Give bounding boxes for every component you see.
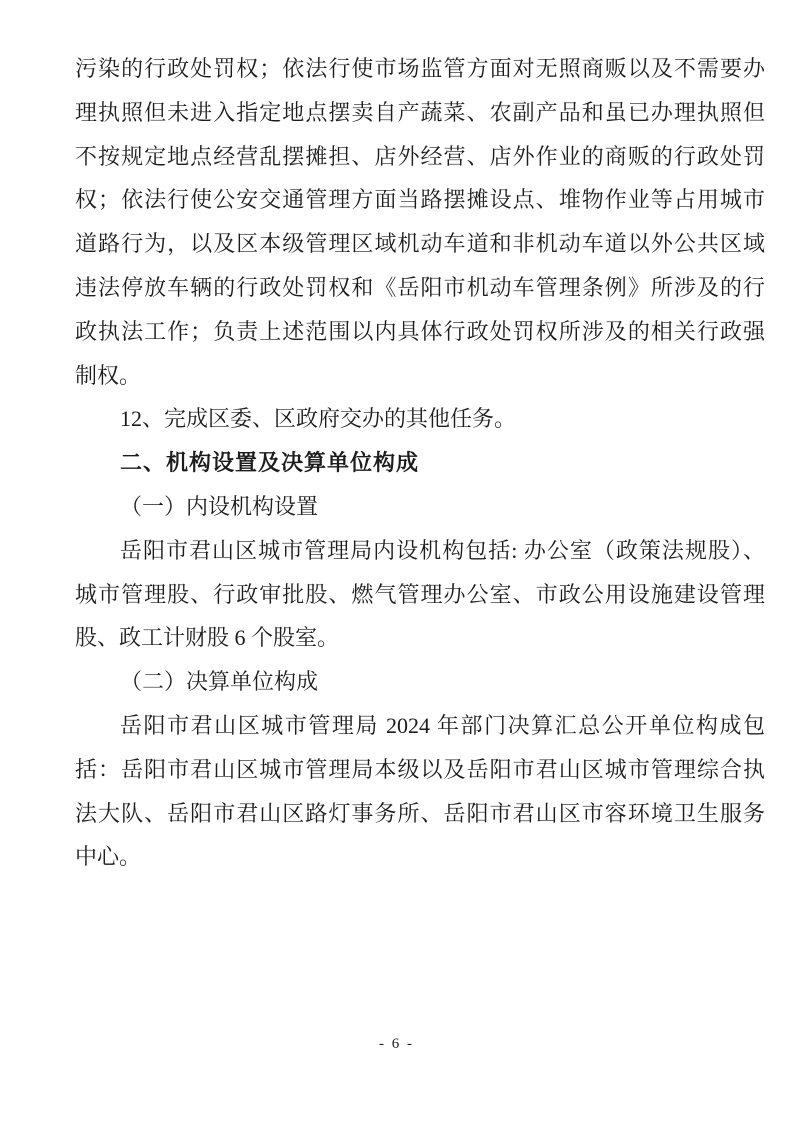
body-line: 理执照但未进入指定地点摆卖自产蔬菜、农副产品和虽已办理执照但 [75, 91, 765, 135]
body-line: 权；依法行使公安交通管理方面当路摆摊设点、堆物作业等占用城市 [75, 178, 765, 222]
body-line: 法大队、岳阳市君山区路灯事务所、岳阳市君山区市容环境卫生服务 [75, 792, 765, 836]
body-line-paragraph-end: 制权。 [75, 354, 765, 398]
subsection-heading-2: （二）决算单位构成 [75, 660, 765, 704]
body-line-paragraph-end: 股、政工计财股 6 个股室。 [75, 616, 765, 660]
body-line: 污染的行政处罚权；依法行使市场监管方面对无照商贩以及不需要办 [75, 47, 765, 91]
body-line: 道路行为，以及区本级管理区域机动车道和非机动车道以外公共区域 [75, 222, 765, 266]
body-line-paragraph-end: 中心。 [75, 835, 765, 879]
section-heading-2: 二、机构设置及决算单位构成 [75, 441, 765, 485]
list-item-12: 12、完成区委、区政府交办的其他任务。 [75, 397, 765, 441]
body-line: 违法停放车辆的行政处罚权和《岳阳市机动车管理条例》所涉及的行 [75, 266, 765, 310]
body-line-paragraph-start: 岳阳市君山区城市管理局 2024 年部门决算汇总公开单位构成包 [75, 704, 765, 748]
document-body: 污染的行政处罚权；依法行使市场监管方面对无照商贩以及不需要办 理执照但未进入指定… [75, 47, 765, 879]
subsection-heading-1: （一）内设机构设置 [75, 485, 765, 529]
body-line: 不按规定地点经营乱摆摊担、店外经营、店外作业的商贩的行政处罚 [75, 135, 765, 179]
document-page: 污染的行政处罚权；依法行使市场监管方面对无照商贩以及不需要办 理执照但未进入指定… [0, 0, 793, 1122]
page-number: - 6 - [0, 1036, 793, 1053]
body-line: 括：岳阳市君山区城市管理局本级以及岳阳市君山区城市管理综合执 [75, 748, 765, 792]
body-line-paragraph-start: 岳阳市君山区城市管理局内设机构包括: 办公室（政策法规股）、 [75, 529, 765, 573]
body-line: 政执法工作；负责上述范围以内具体行政处罚权所涉及的相关行政强 [75, 310, 765, 354]
body-line: 城市管理股、行政审批股、燃气管理办公室、市政公用设施建设管理 [75, 573, 765, 617]
